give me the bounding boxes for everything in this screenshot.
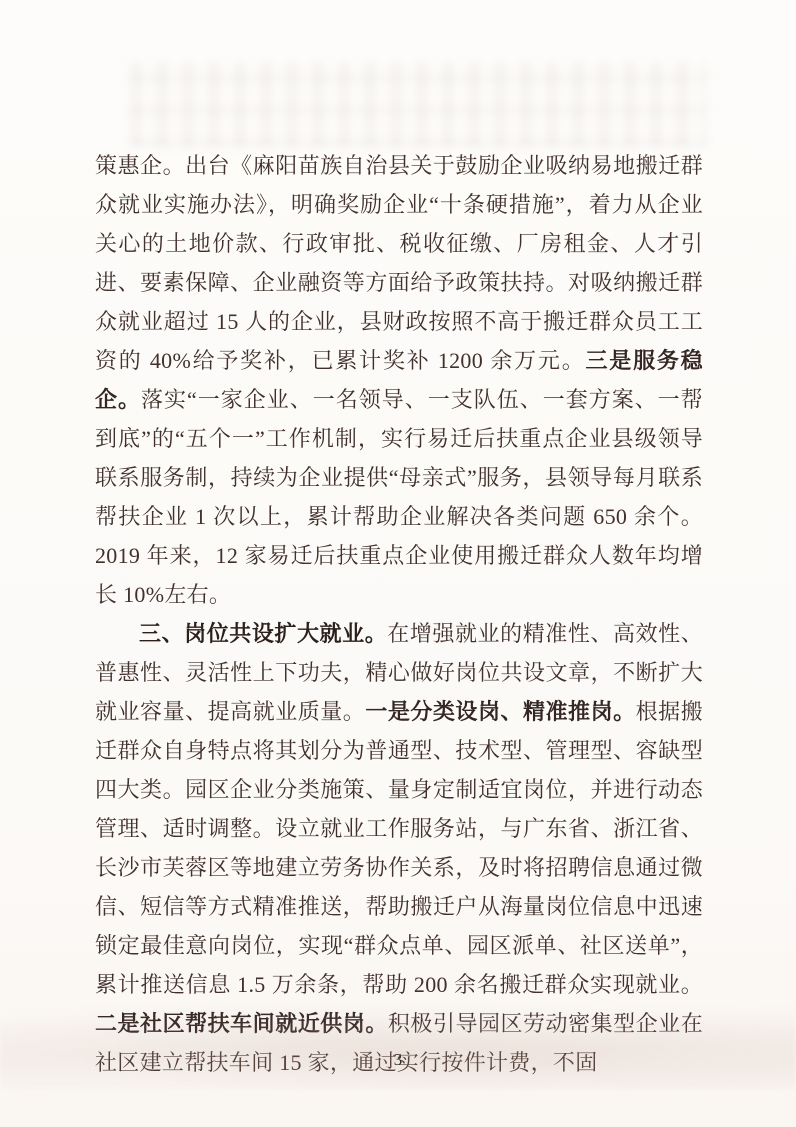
- section-heading: 三、岗位共设扩大就业。: [139, 621, 387, 646]
- showthrough-artifact: [130, 62, 706, 147]
- text-run: 落实“一家企业、一名领导、一支队伍、一套方案、一帮到底”的“五个一”工作机制，实…: [95, 387, 703, 607]
- text-run: 策惠企。出台《麻阳苗族自治县关于鼓励企业吸纳易地搬迁群众就业实施办法》，明确奖励…: [95, 153, 703, 373]
- document-page: 策惠企。出台《麻阳苗族自治县关于鼓励企业吸纳易地搬迁群众就业实施办法》，明确奖励…: [0, 0, 796, 1127]
- paragraph-section-3: 三、岗位共设扩大就业。在增强就业的精准性、高效性、普惠性、灵活性上下功夫，精心做…: [95, 614, 703, 1082]
- emphasis-run: 二是社区帮扶车间就近供岗。: [95, 1011, 388, 1036]
- document-body: 策惠企。出台《麻阳苗族自治县关于鼓励企业吸纳易地搬迁群众就业实施办法》，明确奖励…: [95, 146, 703, 1082]
- emphasis-run: 一是分类设岗、精准推岗。: [365, 699, 635, 724]
- text-run: 根据搬迁群众自身特点将其划分为普通型、技术型、管理型、容缺型四大类。园区企业分类…: [95, 699, 703, 997]
- page-number: 3: [0, 1048, 796, 1072]
- paragraph-continuation: 策惠企。出台《麻阳苗族自治县关于鼓励企业吸纳易地搬迁群众就业实施办法》，明确奖励…: [95, 146, 703, 614]
